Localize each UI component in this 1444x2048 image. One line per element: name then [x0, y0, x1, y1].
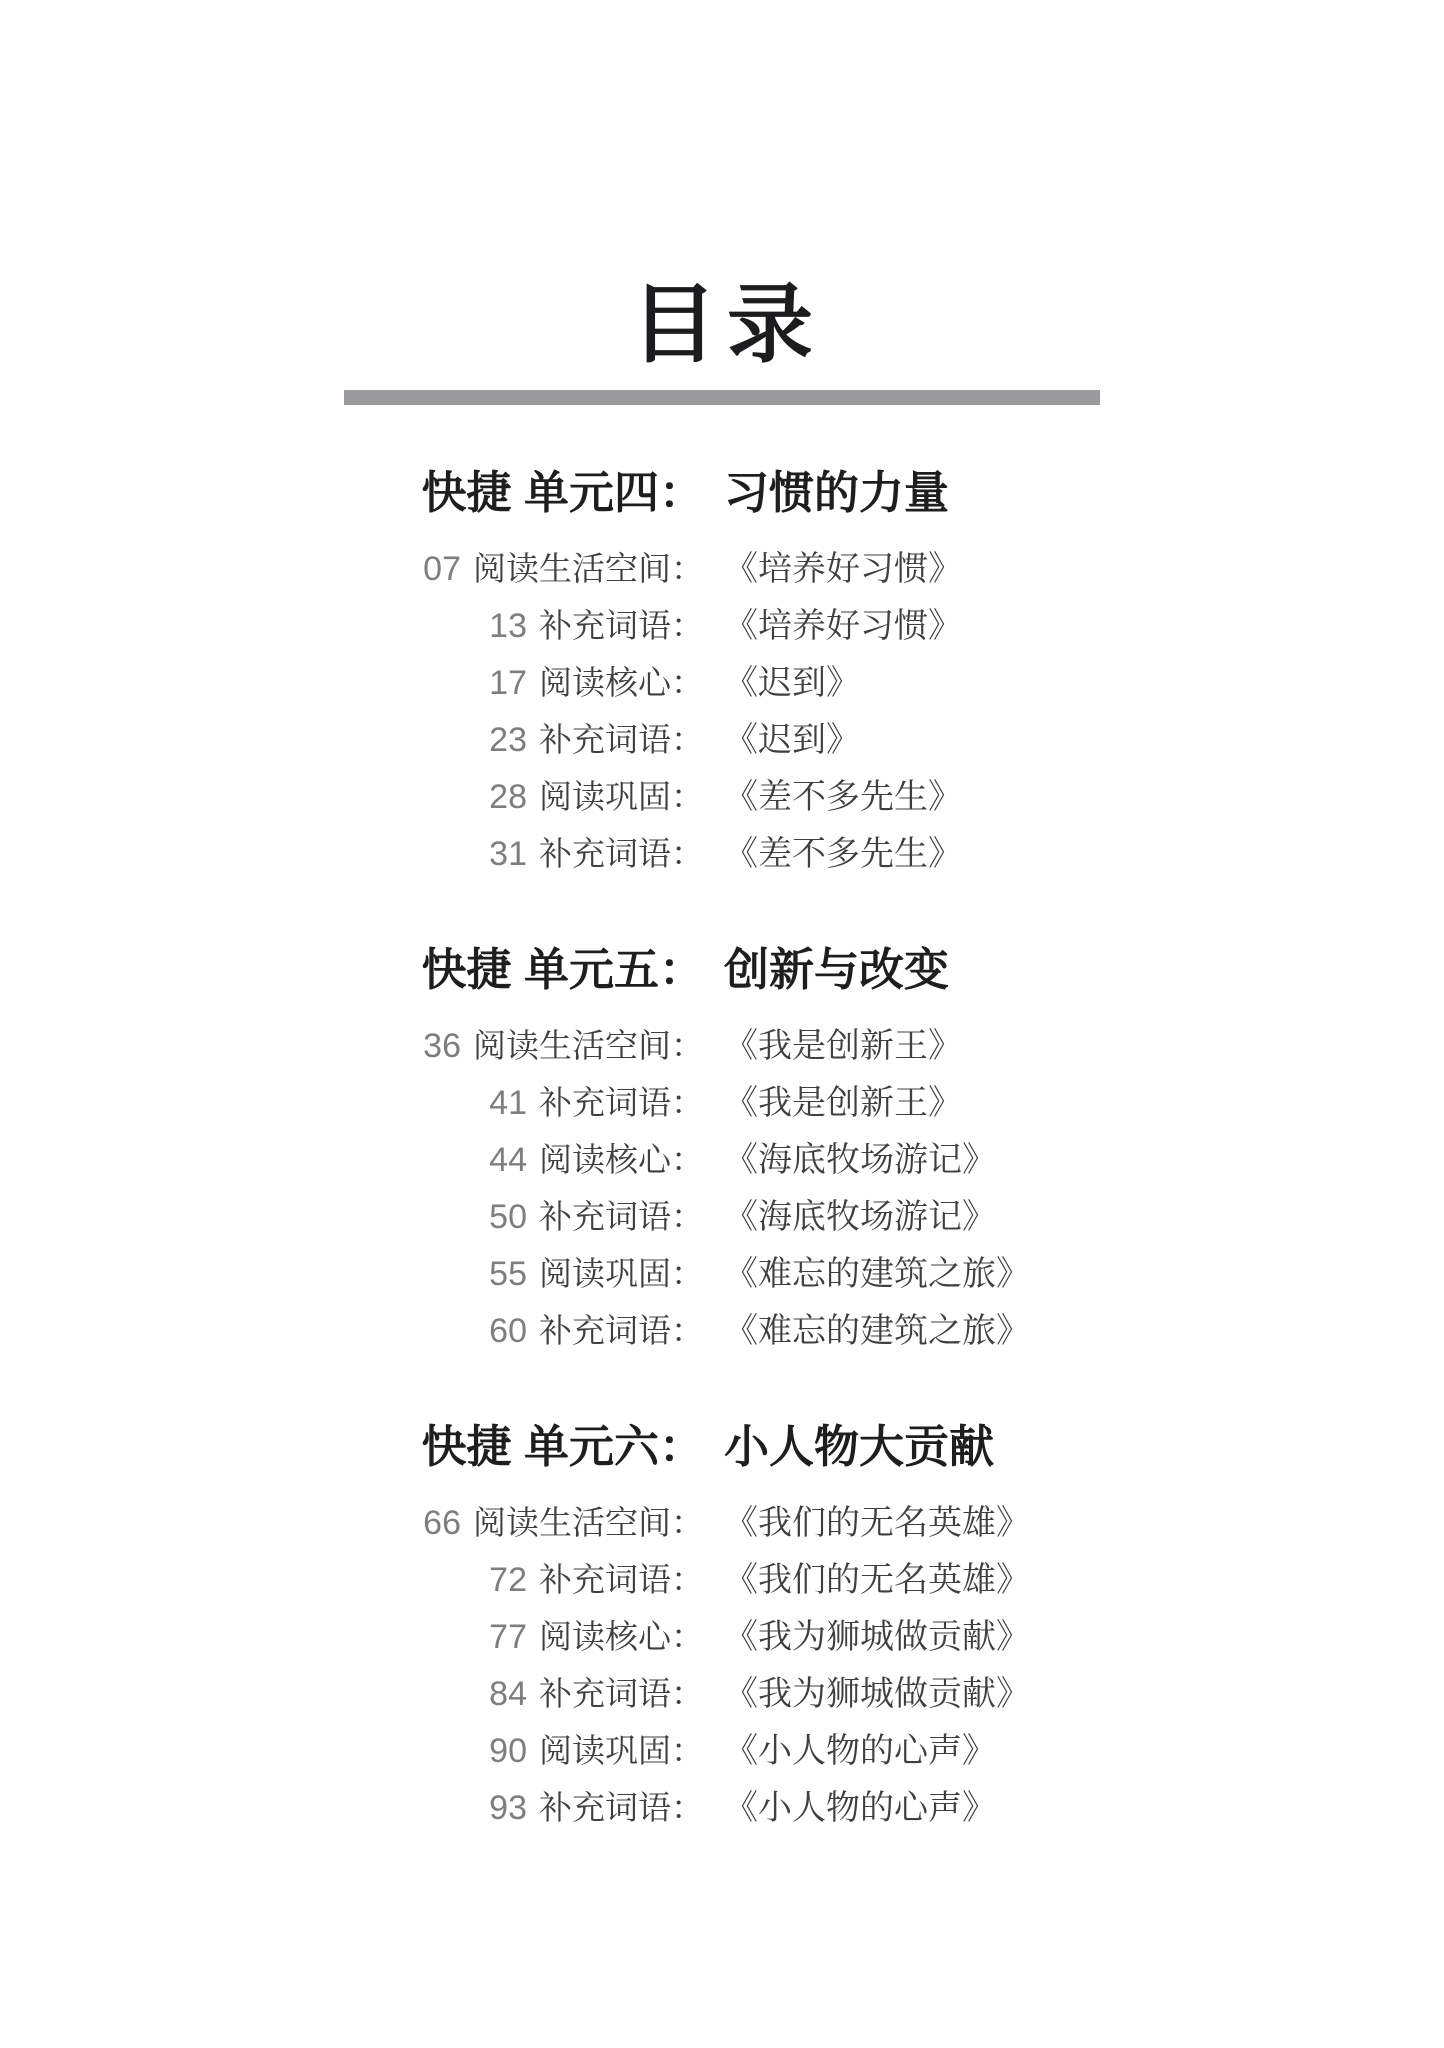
page-number: 31: [489, 835, 527, 873]
toc-entry: 60补充词语： 《难忘的建筑之旅》: [344, 1302, 1100, 1359]
section-heading-title: 小人物大贡献: [724, 1420, 1100, 1474]
entry-title: 《海底牧场游记》: [724, 1189, 1100, 1246]
toc-entry-left: 23补充词语：: [344, 711, 704, 769]
entry-title: 《海底牧场游记》: [724, 1132, 1100, 1189]
toc-entry: 55阅读巩固： 《难忘的建筑之旅》: [344, 1245, 1100, 1302]
toc-entry-left: 36阅读生活空间：: [344, 1017, 704, 1075]
entry-label: 阅读生活空间：: [473, 1504, 704, 1541]
entry-label: 阅读生活空间：: [473, 550, 704, 587]
toc-entry-left: 55阅读巩固：: [344, 1245, 704, 1303]
page-number: 36: [423, 1027, 461, 1065]
toc-section: 快捷 单元五： 创新与改变 36阅读生活空间： 《我是创新王》 41补充词语： …: [344, 943, 1100, 1359]
toc-entry-left: 28阅读巩固：: [344, 768, 704, 826]
entry-title: 《我是创新王》: [724, 1075, 1100, 1132]
entry-title: 《小人物的心声》: [724, 1780, 1100, 1837]
entry-label: 补充词语：: [539, 1312, 704, 1349]
toc-entry: 41补充词语： 《我是创新王》: [344, 1074, 1100, 1131]
entry-title: 《我为狮城做贡献》: [724, 1666, 1100, 1723]
toc-entry-left: 44阅读核心：: [344, 1131, 704, 1189]
entry-title: 《差不多先生》: [724, 826, 1100, 883]
toc-entry: 44阅读核心： 《海底牧场游记》: [344, 1131, 1100, 1188]
page-number: 50: [489, 1198, 527, 1236]
entry-label: 补充词语：: [539, 1675, 704, 1712]
entry-title: 《我们的无名英雄》: [724, 1495, 1100, 1552]
section-heading: 快捷 单元五： 创新与改变: [344, 943, 1100, 997]
page-number: 28: [489, 778, 527, 816]
entry-label: 补充词语：: [539, 607, 704, 644]
toc-entry: 17阅读核心： 《迟到》: [344, 654, 1100, 711]
entry-title: 《我为狮城做贡献》: [724, 1609, 1100, 1666]
entry-title: 《培养好习惯》: [724, 541, 1100, 598]
entry-title: 《迟到》: [724, 712, 1100, 769]
page-number: 13: [489, 607, 527, 645]
entry-label: 阅读核心：: [539, 1141, 704, 1178]
page-title: 目录: [0, 0, 1444, 368]
toc-entry: 07阅读生活空间： 《培养好习惯》: [344, 540, 1100, 597]
toc-entry: 90阅读巩固： 《小人物的心声》: [344, 1722, 1100, 1779]
toc-entry: 66阅读生活空间： 《我们的无名英雄》: [344, 1494, 1100, 1551]
toc-entry: 28阅读巩固： 《差不多先生》: [344, 768, 1100, 825]
entry-title: 《小人物的心声》: [724, 1723, 1100, 1780]
toc-entry: 23补充词语： 《迟到》: [344, 711, 1100, 768]
page-number: 66: [423, 1504, 461, 1542]
entry-title: 《我们的无名英雄》: [724, 1552, 1100, 1609]
entry-title: 《迟到》: [724, 655, 1100, 712]
page-number: 23: [489, 721, 527, 759]
entry-label: 补充词语：: [539, 1561, 704, 1598]
entry-label: 阅读核心：: [539, 664, 704, 701]
page-number: 55: [489, 1255, 527, 1293]
entry-label: 阅读巩固：: [539, 1255, 704, 1292]
entry-title: 《培养好习惯》: [724, 598, 1100, 655]
section-heading-unit: 快捷 单元四：: [344, 466, 704, 520]
page-number: 84: [489, 1675, 527, 1713]
toc-section: 快捷 单元四： 习惯的力量 07阅读生活空间： 《培养好习惯》 13补充词语： …: [344, 466, 1100, 882]
toc-entry-left: 84补充词语：: [344, 1665, 704, 1723]
entry-label: 阅读生活空间：: [473, 1027, 704, 1064]
toc-entry-left: 72补充词语：: [344, 1551, 704, 1609]
toc-entry-left: 13补充词语：: [344, 597, 704, 655]
page-number: 07: [423, 550, 461, 588]
entry-label: 补充词语：: [539, 835, 704, 872]
toc-entry: 72补充词语： 《我们的无名英雄》: [344, 1551, 1100, 1608]
toc-entry-left: 31补充词语：: [344, 825, 704, 883]
toc-entry-left: 41补充词语：: [344, 1074, 704, 1132]
toc-entry-left: 60补充词语：: [344, 1302, 704, 1360]
toc-section: 快捷 单元六： 小人物大贡献 66阅读生活空间： 《我们的无名英雄》 72补充词…: [344, 1420, 1100, 1836]
entry-label: 补充词语：: [539, 1084, 704, 1121]
entry-label: 阅读巩固：: [539, 778, 704, 815]
entry-title: 《差不多先生》: [724, 769, 1100, 826]
entry-label: 阅读巩固：: [539, 1732, 704, 1769]
toc-entry-left: 66阅读生活空间：: [344, 1494, 704, 1552]
page-number: 93: [489, 1789, 527, 1827]
toc-entry: 13补充词语： 《培养好习惯》: [344, 597, 1100, 654]
toc-entry: 93补充词语： 《小人物的心声》: [344, 1779, 1100, 1836]
toc-entry-left: 50补充词语：: [344, 1188, 704, 1246]
section-heading: 快捷 单元六： 小人物大贡献: [344, 1420, 1100, 1474]
toc-list: 快捷 单元四： 习惯的力量 07阅读生活空间： 《培养好习惯》 13补充词语： …: [344, 466, 1100, 1836]
section-heading: 快捷 单元四： 习惯的力量: [344, 466, 1100, 520]
toc-entry-left: 90阅读巩固：: [344, 1722, 704, 1780]
entry-title: 《难忘的建筑之旅》: [724, 1246, 1100, 1303]
toc-entry: 77阅读核心： 《我为狮城做贡献》: [344, 1608, 1100, 1665]
page-number: 41: [489, 1084, 527, 1122]
title-divider-rule: [344, 390, 1100, 405]
entry-title: 《难忘的建筑之旅》: [724, 1303, 1100, 1360]
section-heading-title: 习惯的力量: [724, 466, 1100, 520]
toc-entry-left: 07阅读生活空间：: [344, 540, 704, 598]
entry-label: 补充词语：: [539, 1198, 704, 1235]
toc-entry-left: 93补充词语：: [344, 1779, 704, 1837]
page-number: 17: [489, 664, 527, 702]
page-number: 90: [489, 1732, 527, 1770]
page-number: 77: [489, 1618, 527, 1656]
section-heading-unit: 快捷 单元六：: [344, 1420, 704, 1474]
toc-entry-left: 77阅读核心：: [344, 1608, 704, 1666]
toc-entry: 36阅读生活空间： 《我是创新王》: [344, 1017, 1100, 1074]
section-heading-unit: 快捷 单元五：: [344, 943, 704, 997]
entry-label: 补充词语：: [539, 721, 704, 758]
entry-label: 阅读核心：: [539, 1618, 704, 1655]
toc-entry-left: 17阅读核心：: [344, 654, 704, 712]
toc-page: 目录 快捷 单元四： 习惯的力量 07阅读生活空间： 《培养好习惯》 13补充词…: [0, 0, 1444, 1836]
section-heading-title: 创新与改变: [724, 943, 1100, 997]
page-number: 44: [489, 1141, 527, 1179]
page-number: 72: [489, 1561, 527, 1599]
entry-title: 《我是创新王》: [724, 1018, 1100, 1075]
page-number: 60: [489, 1312, 527, 1350]
toc-entry: 31补充词语： 《差不多先生》: [344, 825, 1100, 882]
entry-label: 补充词语：: [539, 1789, 704, 1826]
toc-entry: 84补充词语： 《我为狮城做贡献》: [344, 1665, 1100, 1722]
toc-entry: 50补充词语： 《海底牧场游记》: [344, 1188, 1100, 1245]
